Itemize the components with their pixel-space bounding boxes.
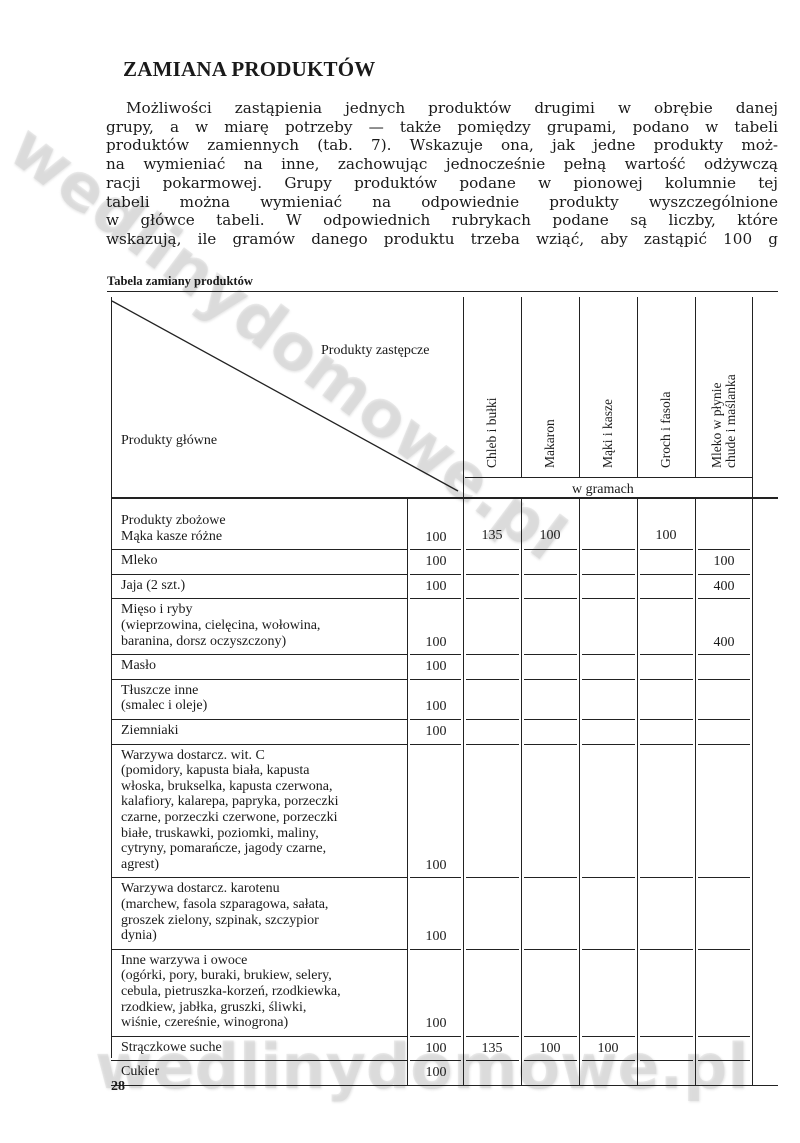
- row-separator: [111, 744, 407, 745]
- header-column-divider: [695, 297, 696, 477]
- row-separator: [410, 1060, 461, 1061]
- row-separator: [466, 719, 519, 720]
- row-separator: [410, 744, 461, 745]
- row-separator: [698, 744, 750, 745]
- row-separator: [111, 679, 407, 680]
- row-separator: [698, 1036, 750, 1037]
- paragraph-line: grupy, a w miarę potrzeby — także pomięd…: [106, 118, 778, 137]
- page-title: ZAMIANA PRODUKTÓW: [123, 57, 376, 82]
- row-base-amount: 100: [408, 659, 464, 675]
- unit-band-line: [465, 477, 752, 478]
- header-column-divider: [521, 297, 522, 477]
- header-column-divider: [579, 297, 580, 477]
- row-separator: [410, 1036, 461, 1037]
- column-divider: [637, 499, 638, 1085]
- row-separator: [582, 949, 635, 950]
- column-divider: [695, 499, 696, 1085]
- row-separator: [466, 1060, 519, 1061]
- paragraph-line: tabeli można wymieniać na odpowiednie pr…: [106, 193, 778, 212]
- row-base-amount: 100: [408, 635, 464, 651]
- row-separator: [524, 877, 577, 878]
- row-substitute-amount: 100: [638, 528, 694, 544]
- row-separator: [111, 877, 407, 878]
- paragraph-line: produktów zamiennych (tab. 7). Wskazuje …: [106, 136, 778, 155]
- column-divider: [521, 499, 522, 1085]
- row-base-amount: 100: [408, 1065, 464, 1081]
- column-divider: [407, 499, 408, 1085]
- row-separator: [410, 549, 461, 550]
- row-separator: [466, 549, 519, 550]
- row-product-name: Masło: [121, 658, 156, 674]
- row-base-amount: 100: [408, 724, 464, 740]
- row-substitute-amount: 100: [522, 1041, 578, 1057]
- row-separator: [524, 549, 577, 550]
- row-separator: [410, 949, 461, 950]
- row-separator: [640, 949, 693, 950]
- row-substitute-amount: 100: [522, 528, 578, 544]
- row-separator: [410, 654, 461, 655]
- paragraph-line: w główce tabeli. W odpowiednich rubrykac…: [106, 211, 778, 230]
- row-separator: [640, 744, 693, 745]
- row-separator: [698, 654, 750, 655]
- row-separator: [466, 877, 519, 878]
- row-separator: [698, 949, 750, 950]
- paragraph-line: racji pokarmowej. Grupy produktów podane…: [106, 174, 778, 193]
- row-product-name: Strączkowe suche: [121, 1040, 222, 1056]
- corner-label-substitutes: Produkty zastępcze: [321, 343, 429, 359]
- row-separator: [410, 598, 461, 599]
- row-base-amount: 100: [408, 858, 464, 874]
- row-substitute-amount: 100: [580, 1041, 636, 1057]
- row-separator: [582, 1060, 635, 1061]
- row-separator: [640, 574, 693, 575]
- row-separator: [466, 574, 519, 575]
- row-product-name: Cukier: [121, 1064, 159, 1080]
- paragraph-line: Możliwości zastąpienia jednych produktów…: [106, 99, 778, 118]
- row-product-name: Jaja (2 szt.): [121, 578, 185, 594]
- row-separator: [410, 679, 461, 680]
- row-separator: [524, 679, 577, 680]
- unit-label: w gramach: [572, 482, 634, 498]
- row-separator: [524, 598, 577, 599]
- row-separator: [524, 1036, 577, 1037]
- row-separator: [410, 719, 461, 720]
- row-separator: [640, 549, 693, 550]
- row-separator: [111, 574, 407, 575]
- row-separator: [111, 654, 407, 655]
- paragraph-line: wskazują, ile gramów danego produktu trz…: [106, 230, 778, 249]
- row-separator: [582, 719, 635, 720]
- table-left-border: [111, 297, 112, 1058]
- column-divider: [752, 499, 753, 1085]
- row-base-amount: 100: [408, 554, 464, 570]
- row-separator: [698, 574, 750, 575]
- row-separator: [640, 598, 693, 599]
- row-separator: [698, 877, 750, 878]
- row-substitute-amount: 400: [696, 635, 752, 651]
- row-product-name: Tłuszcze inne (smalec i oleje): [121, 683, 207, 714]
- column-header: Chleb i bułki: [485, 398, 499, 469]
- row-separator: [524, 1060, 577, 1061]
- row-separator: [524, 719, 577, 720]
- row-separator: [410, 574, 461, 575]
- row-base-amount: 100: [408, 1041, 464, 1057]
- row-separator: [698, 549, 750, 550]
- row-separator: [524, 574, 577, 575]
- column-header: Makaron: [543, 419, 557, 468]
- row-separator: [466, 1036, 519, 1037]
- row-separator: [698, 719, 750, 720]
- row-separator: [698, 598, 750, 599]
- row-separator: [582, 598, 635, 599]
- header-divider: [463, 477, 464, 497]
- row-separator: [466, 598, 519, 599]
- row-product-name: Warzywa dostarcz. karotenu (marchew, fas…: [121, 881, 328, 943]
- row-separator: [582, 744, 635, 745]
- row-separator: [111, 1060, 407, 1061]
- header-column-divider: [637, 297, 638, 477]
- row-product-name: Mięso i ryby (wieprzowina, cielęcina, wo…: [121, 602, 320, 649]
- table-caption: Tabela zamiany produktów: [107, 274, 253, 289]
- row-substitute-amount: 400: [696, 579, 752, 595]
- row-separator: [698, 1060, 750, 1061]
- column-header: Mleko w płyniechude i maślanka: [710, 374, 738, 468]
- row-separator: [111, 598, 407, 599]
- row-separator: [524, 744, 577, 745]
- table-top-rule: [107, 291, 778, 292]
- row-separator: [582, 654, 635, 655]
- row-separator: [466, 654, 519, 655]
- row-separator: [698, 679, 750, 680]
- row-separator: [582, 549, 635, 550]
- row-separator: [111, 949, 407, 950]
- column-header: Mąki i kasze: [601, 399, 615, 468]
- column-divider: [463, 499, 464, 1085]
- row-base-amount: 100: [408, 530, 464, 546]
- row-product-name: Warzywa dostarcz. wit. C (pomidory, kapu…: [121, 748, 339, 873]
- column-header: Groch i fasola: [659, 392, 673, 468]
- row-base-amount: 100: [408, 699, 464, 715]
- row-separator: [582, 1036, 635, 1037]
- row-product-name: Produkty zbożowe Mąka kasze różne: [121, 513, 226, 544]
- intro-paragraph: Możliwości zastąpienia jednych produktów…: [106, 99, 778, 249]
- row-base-amount: 100: [408, 929, 464, 945]
- row-separator: [640, 679, 693, 680]
- row-product-name: Ziemniaki: [121, 723, 179, 739]
- row-separator: [640, 1060, 693, 1061]
- row-substitute-amount: 100: [696, 554, 752, 570]
- row-base-amount: 100: [408, 1016, 464, 1032]
- row-separator: [466, 744, 519, 745]
- row-separator: [524, 654, 577, 655]
- row-product-name: Mleko: [121, 553, 158, 569]
- row-separator: [111, 719, 407, 720]
- row-separator: [466, 949, 519, 950]
- row-substitute-amount: 135: [464, 1041, 520, 1057]
- row-substitute-amount: 135: [464, 528, 520, 544]
- row-separator: [582, 877, 635, 878]
- row-product-name: Inne warzywa i owoce (ogórki, pory, bura…: [121, 953, 341, 1031]
- row-separator: [640, 877, 693, 878]
- column-divider: [579, 499, 580, 1085]
- row-base-amount: 100: [408, 579, 464, 595]
- row-separator: [582, 574, 635, 575]
- table-bottom-rule: [111, 1085, 778, 1086]
- header-column-divider: [463, 297, 464, 477]
- row-separator: [111, 1036, 407, 1037]
- row-separator: [410, 877, 461, 878]
- row-separator: [466, 679, 519, 680]
- row-separator: [640, 1036, 693, 1037]
- page-number: 28: [111, 1079, 125, 1095]
- header-bottom-rule: [111, 497, 778, 499]
- row-separator: [640, 719, 693, 720]
- row-separator: [640, 654, 693, 655]
- paragraph-line: na wymieniać na inne, zachowując jednocz…: [106, 155, 778, 174]
- corner-label-main-products: Produkty główne: [121, 433, 217, 449]
- row-separator: [582, 679, 635, 680]
- row-separator: [524, 949, 577, 950]
- row-separator: [111, 549, 407, 550]
